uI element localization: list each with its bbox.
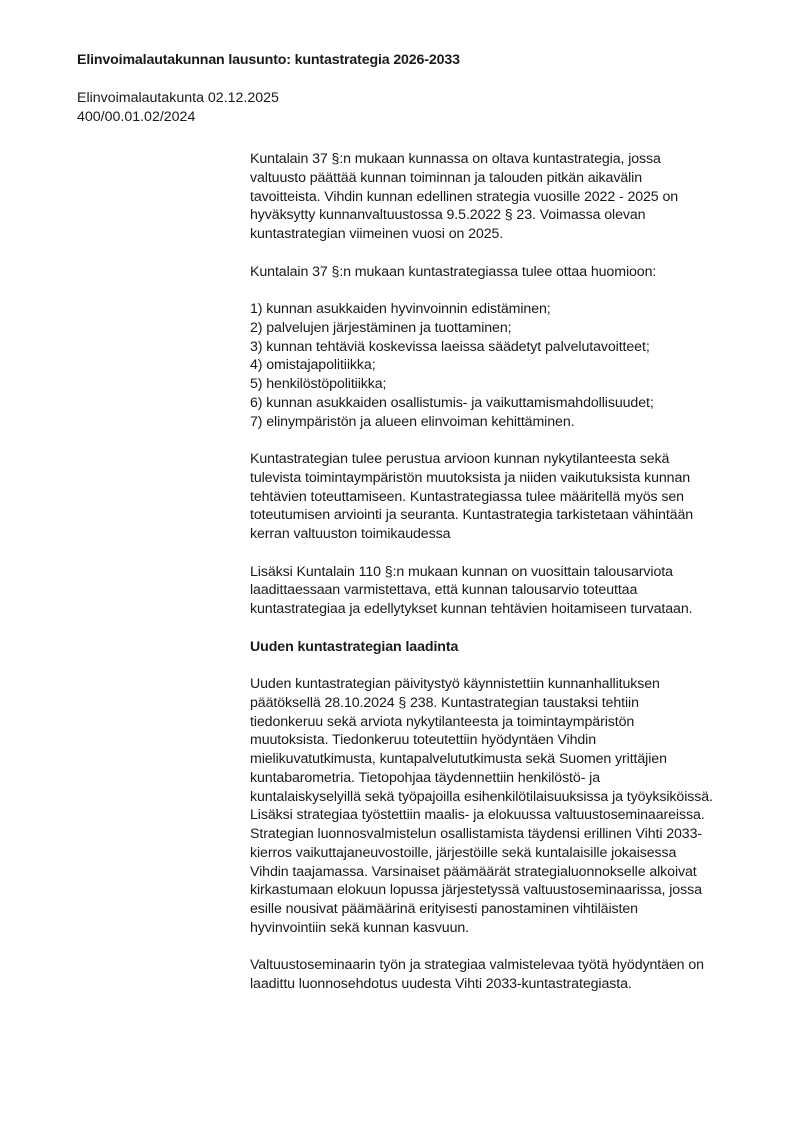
- text-line: Lisäksi strategiaa työstettiin maalis- j…: [250, 806, 750, 825]
- text-line: toteutumisen arviointi ja seuranta. Kunt…: [250, 506, 750, 525]
- document-title: Elinvoimalautakunnan lausunto: kuntastra…: [77, 51, 460, 70]
- text-line: muutoksista. Tiedonkeruu toteutettiin hy…: [250, 731, 750, 750]
- text-line: Kuntalain 37 §:n mukaan kuntastrategiass…: [250, 263, 750, 282]
- text-line: Vihdin taajamassa. Varsinaiset päämäärät…: [250, 863, 750, 882]
- text-line: tiedonkeruu sekä arviota nykytilanteesta…: [250, 713, 750, 732]
- paragraph-strategy-basis: Kuntastrategian tulee perustua arvioon k…: [250, 450, 750, 544]
- text-line: Kuntalain 37 §:n mukaan kunnassa on olta…: [250, 150, 750, 169]
- text-line: esille nousivat päämäärinä erityisesti p…: [250, 900, 750, 919]
- text-line: kuntalaiskyselyillä sekä työpajoilla esi…: [250, 788, 750, 807]
- text-line: hyvinvointiin sekä kunnan kasvuun.: [250, 919, 750, 938]
- list-item: 7) elinympäristön ja alueen elinvoiman k…: [250, 413, 750, 432]
- list-item: 6) kunnan asukkaiden osallistumis- ja va…: [250, 394, 750, 413]
- list-item: 3) kunnan tehtäviä koskevissa laeissa sä…: [250, 338, 750, 357]
- paragraph-budget-requirement: Lisäksi Kuntalain 110 §:n mukaan kunnan …: [250, 563, 750, 619]
- text-line: valtuusto päättää kunnan toiminnan ja ta…: [250, 169, 750, 188]
- text-line: kirkastumaan elokuun lopussa järjestetys…: [250, 881, 750, 900]
- committee-date: Elinvoimalautakunta 02.12.2025: [77, 89, 279, 108]
- text-line: kuntastrategian viimeinen vuosi on 2025.: [250, 225, 750, 244]
- document-body: Kuntalain 37 §:n mukaan kunnassa on olta…: [250, 150, 750, 1013]
- text-line: Lisäksi Kuntalain 110 §:n mukaan kunnan …: [250, 563, 750, 582]
- list-item: 2) palvelujen järjestäminen ja tuottamin…: [250, 319, 750, 338]
- text-line: Uuden kuntastrategian päivitystyö käynni…: [250, 675, 750, 694]
- text-line: kuntastrategiaa ja edellytykset kunnan t…: [250, 600, 750, 619]
- section-heading: Uuden kuntastrategian laadinta: [250, 638, 750, 657]
- text-line: päätöksellä 28.10.2024 § 238. Kuntastrat…: [250, 694, 750, 713]
- list-item: 1) kunnan asukkaiden hyvinvoinnin edistä…: [250, 300, 750, 319]
- list-item: 5) henkilöstöpolitiikka;: [250, 375, 750, 394]
- paragraph-considerations-intro: Kuntalain 37 §:n mukaan kuntastrategiass…: [250, 263, 750, 282]
- document-meta: Elinvoimalautakunta 02.12.2025 400/00.01…: [77, 89, 279, 127]
- text-line: hyväksytty kunnanvaltuustossa 9.5.2022 §…: [250, 206, 750, 225]
- text-line: tavoitteista. Vihdin kunnan edellinen st…: [250, 188, 750, 207]
- text-line: mielikuvatutkimusta, kuntapalvelututkimu…: [250, 750, 750, 769]
- text-line: Kuntastrategian tulee perustua arvioon k…: [250, 450, 750, 469]
- document-page: Elinvoimalautakunnan lausunto: kuntastra…: [0, 0, 794, 1122]
- paragraph-draft-proposal: Valtuustoseminaarin työn ja strategiaa v…: [250, 956, 750, 994]
- text-line: tehtävien toteuttamiseen. Kuntastrategia…: [250, 488, 750, 507]
- text-line: Valtuustoseminaarin työn ja strategiaa v…: [250, 956, 750, 975]
- considerations-list: 1) kunnan asukkaiden hyvinvoinnin edistä…: [250, 300, 750, 431]
- paragraph-strategy-process: Uuden kuntastrategian päivitystyö käynni…: [250, 675, 750, 938]
- text-line: kuntabarometria. Tietopohjaa täydennetti…: [250, 769, 750, 788]
- text-line: Strategian luonnosvalmistelun osallistam…: [250, 825, 750, 844]
- paragraph-strategy-requirement: Kuntalain 37 §:n mukaan kunnassa on olta…: [250, 150, 750, 244]
- text-line: kerran valtuuston toimikaudessa: [250, 525, 750, 544]
- text-line: tulevista toimintaympäristön muutoksista…: [250, 469, 750, 488]
- list-item: 4) omistajapolitiikka;: [250, 356, 750, 375]
- text-line: laadittaessaan varmistettava, että kunna…: [250, 581, 750, 600]
- reference-number: 400/00.01.02/2024: [77, 108, 279, 127]
- text-line: laadittu luonnosehdotus uudesta Vihti 20…: [250, 975, 750, 994]
- text-line: kierros vaikuttajaneuvostoille, järjestö…: [250, 844, 750, 863]
